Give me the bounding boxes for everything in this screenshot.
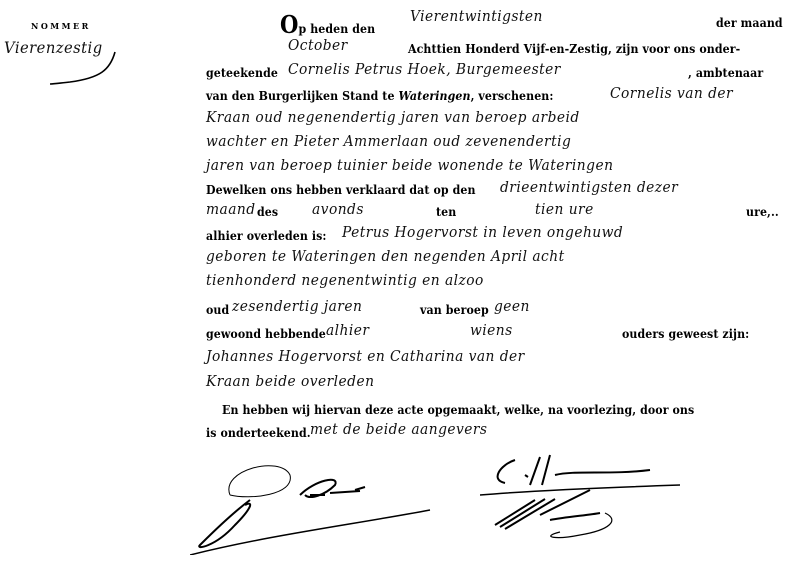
text-gewoond-hebbende: gewoond hebbende — [206, 326, 326, 341]
signature-left: P. Ammerlaan — [190, 455, 450, 555]
text-dewelken: Dewelken ons hebben verklaard dat op den — [206, 182, 476, 197]
hand-met-de-beide: met de beide aangevers — [310, 420, 487, 438]
hand-death-day: drieentwintigsten dezer — [500, 178, 678, 196]
hand-maand: maand — [206, 200, 256, 218]
hand-line-11: geboren te Wateringen den negenden April… — [206, 247, 565, 265]
hand-official: Cornelis Petrus Hoek, Burgemeester — [288, 60, 561, 78]
hand-line-7: jaren van beroep tuinier beide wonende t… — [206, 156, 613, 174]
hand-age: zesendertig jaren — [232, 297, 362, 315]
text-oud: oud — [206, 302, 229, 317]
text-year: Achttien Honderd Vijf-en-Zestig, zijn vo… — [408, 41, 740, 56]
text-ten: ten — [436, 204, 456, 219]
text-is-onderteekend: is onderteekend. — [206, 425, 311, 440]
hand-tien-ure: tien ure — [535, 200, 594, 218]
signature-right: C.P. Hoek — [480, 445, 710, 555]
hand-line-12: tienhonderd negenentwintig en alzoo — [206, 271, 484, 289]
hand-occupation: geen — [494, 297, 530, 315]
hand-line-5: Kraan oud negenendertig jaren van beroep… — [206, 108, 580, 126]
hand-declarant1-name: Cornelis van der — [610, 84, 733, 102]
hand-residence: alhier — [326, 321, 369, 339]
text-ure: ure,.. — [746, 204, 779, 219]
text-op-heden-den: Op heden den — [280, 10, 375, 39]
text-geteekende: geteekende — [206, 65, 278, 80]
nommer-label: NOMMER — [31, 21, 91, 31]
hand-parents-cont: Kraan beide overleden — [206, 372, 374, 390]
hand-parents: Johannes Hogervorst en Catharina van der — [206, 347, 525, 365]
text-en-hebben: En hebben wij hiervan deze acte opgemaak… — [222, 402, 694, 417]
text-des: des — [257, 204, 278, 219]
hand-day: Vierentwintigsten — [410, 7, 543, 25]
margin-flourish — [0, 40, 140, 90]
hand-line-6: wachter en Pieter Ammerlaan oud zevenend… — [206, 132, 571, 150]
text-burgerlijke-stand: van den Burgerlijken Stand te Wateringen… — [206, 88, 554, 103]
text-ambtenaar: , ambtenaar — [688, 65, 763, 80]
hand-month: October — [288, 36, 348, 54]
text-alhier-overleden: alhier overleden is: — [206, 228, 327, 243]
text-van-beroep: van beroep — [420, 302, 489, 317]
hand-wiens: wiens — [470, 321, 513, 339]
text-ouders: ouders geweest zijn: — [622, 326, 749, 341]
text-der-maand: der maand — [716, 15, 783, 30]
hand-deceased: Petrus Hogervorst in leven ongehuwd — [342, 223, 623, 241]
hand-avonds: avonds — [312, 200, 364, 218]
